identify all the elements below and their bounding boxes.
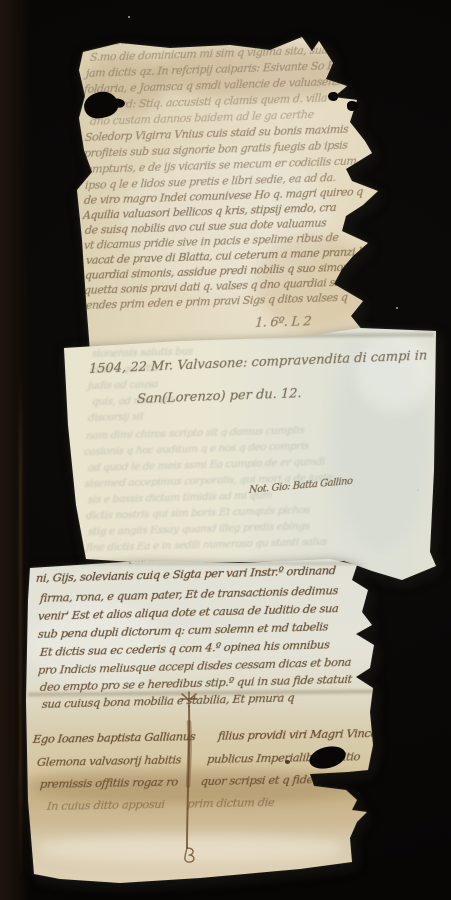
dust-speck — [396, 307, 398, 309]
paper-sheet-bottom-shadow: q mrum ni, Gijs, solevianis cuiq e Sigta… — [0, 0, 451, 900]
manuscript-scan: ti nomine amt: Anno dominij Cuisto attis… — [0, 0, 451, 900]
paper-sheet-bottom: q mrum ni, Gijs, solevianis cuiq e Sigta… — [0, 0, 451, 900]
dust-speck — [128, 16, 130, 18]
ink-blot — [285, 760, 290, 764]
worm-hole — [328, 92, 338, 101]
notary-subscription-line: In cuius ditto apposui prim dictum die — [46, 795, 275, 813]
notary-subscription-line: Ego Ioanes baptista Gallianus filius pro… — [32, 726, 395, 746]
dust-speck — [417, 489, 419, 491]
handwritten-line: q mrum — [126, 553, 164, 565]
notarial-sign-icon — [168, 690, 212, 870]
handwritten-line: ni, Gijs, solevianis cuiq e Sigta per va… — [35, 563, 336, 585]
